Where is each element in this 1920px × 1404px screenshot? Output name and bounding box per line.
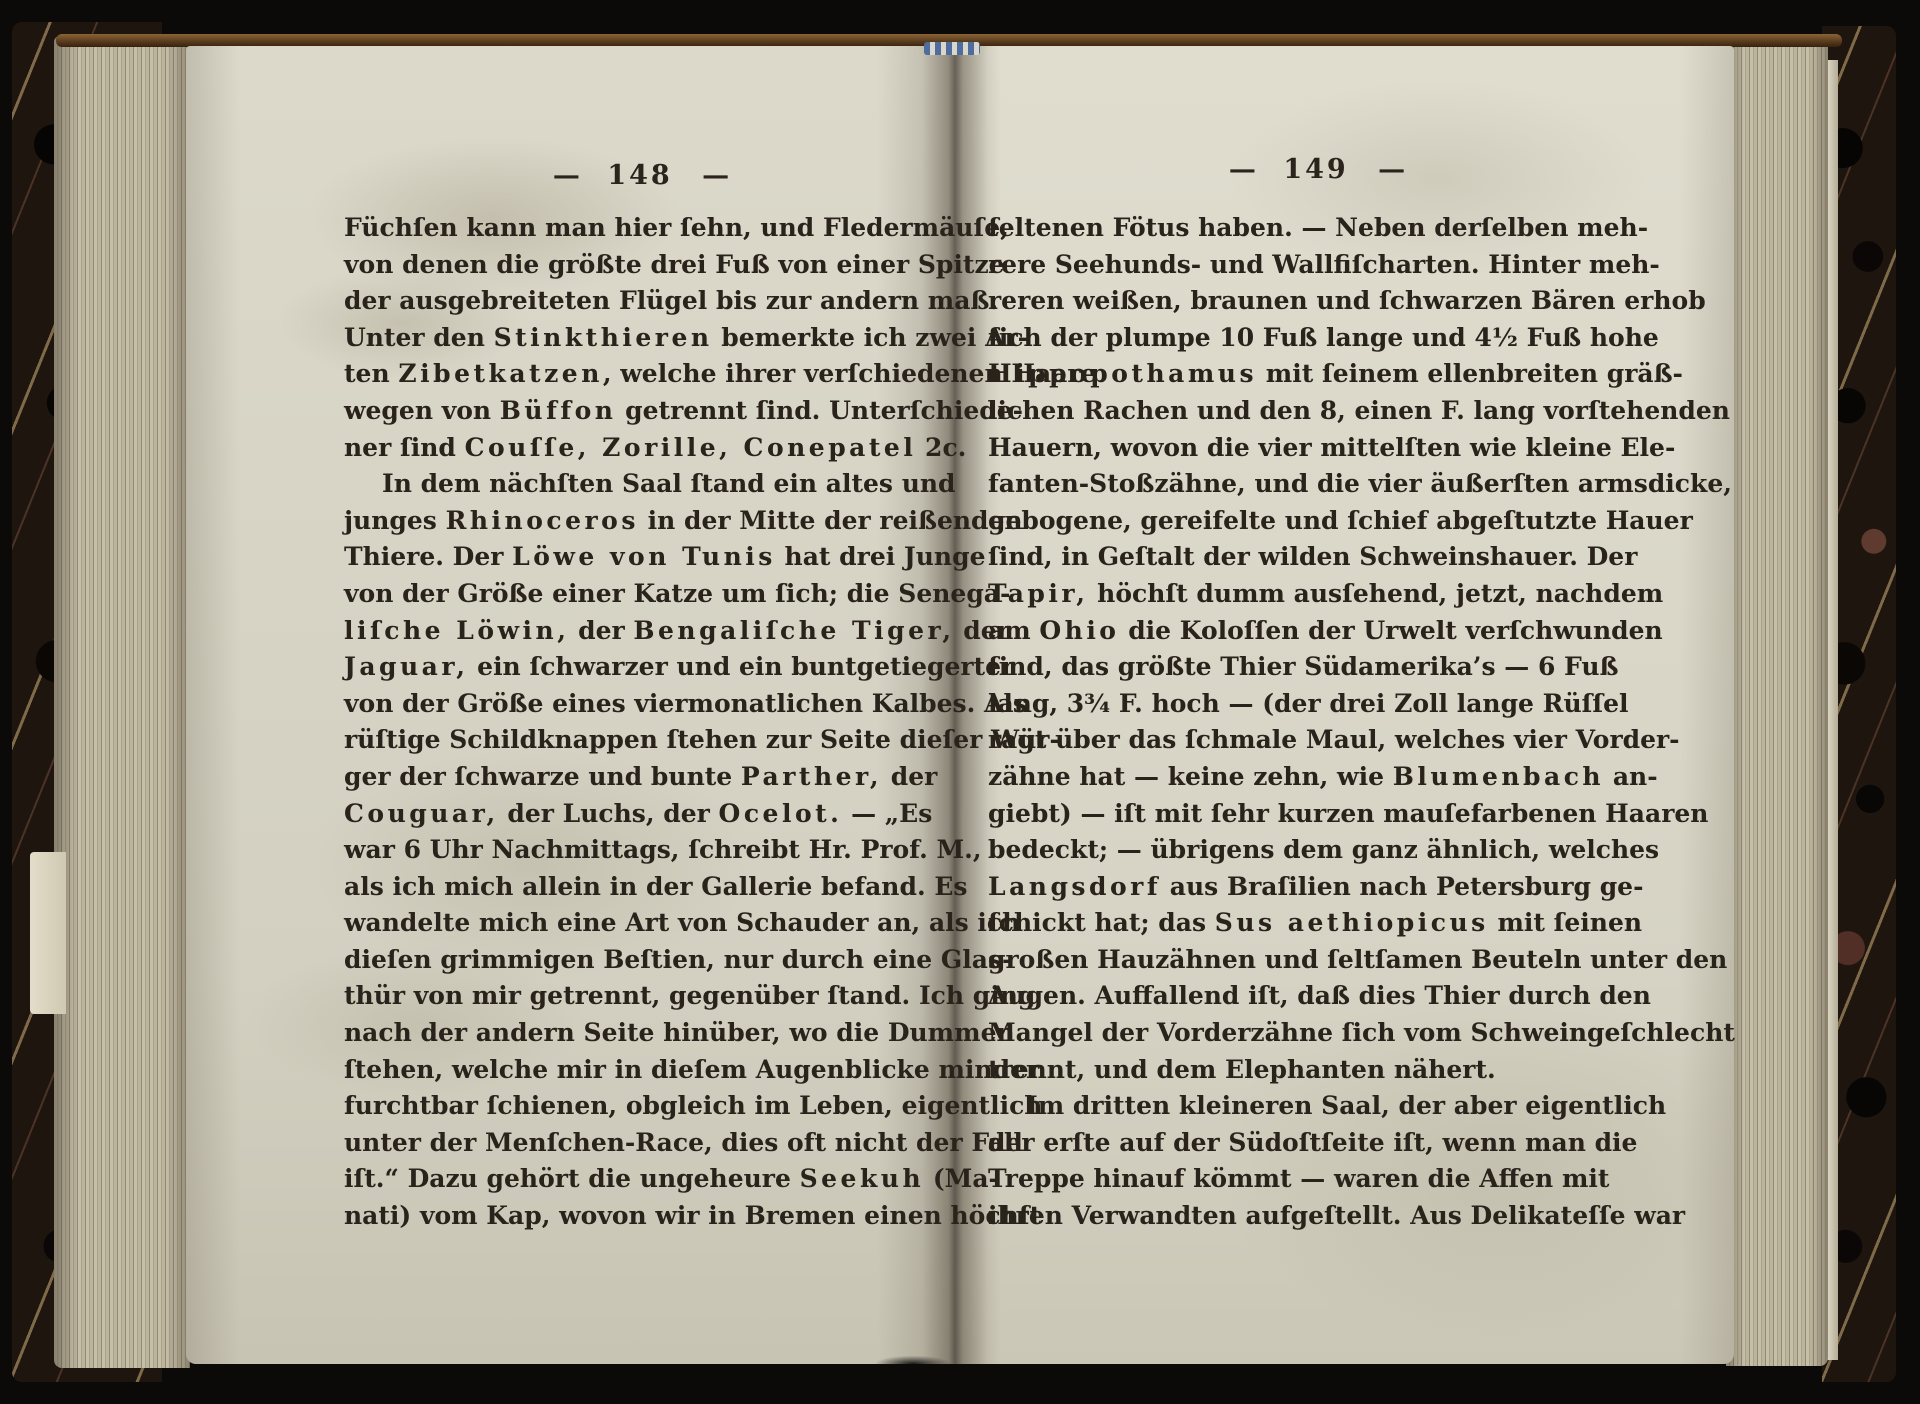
text-segment: furchtbar ſchienen, obgleich im Leben, e…	[344, 1091, 1042, 1120]
text-line: nach der andern Seite hinüber, wo die Du…	[344, 1015, 808, 1052]
text-segment: hat drei Junge	[776, 542, 986, 571]
text-segment: bedeckt; — übrigens dem ganz ähnlich, we…	[988, 835, 1659, 864]
text-line: Füchſen kann man hier ſehn, und Fledermä…	[344, 210, 808, 247]
text-line: als ich mich allein in der Gallerie befa…	[344, 869, 808, 906]
letterspaced-text: Ohio	[1039, 616, 1119, 645]
text-line: Hauern, wovon die vier mittelſten wie kl…	[988, 430, 1568, 467]
letterspaced-text: Büffon	[500, 396, 617, 425]
letterspaced-text: Tapir,	[988, 579, 1088, 608]
text-line: nati) vom Kap, wovon wir in Bremen einen…	[344, 1198, 808, 1235]
text-line: Langsdorf aus Braſilien nach Petersburg …	[988, 869, 1568, 906]
letterspaced-text: Ocelot.	[719, 799, 843, 828]
header-dash: —	[1378, 154, 1403, 185]
text-line: ner ſind Couſſe, Zorille, Conepatel 2c.	[344, 430, 808, 467]
text-column-left: Füchſen kann man hier ſehn, und Fledermä…	[344, 210, 808, 1235]
text-line: thür von mir getrennt, gegenüber ſtand. …	[344, 978, 808, 1015]
text-line: von der Größe eines viermonatlichen Kalb…	[344, 686, 808, 723]
gutter-bottom-shadow	[858, 1344, 968, 1364]
letterspaced-text: Löwe von Tunis	[512, 542, 776, 571]
text-segment: aus Braſilien nach Petersburg ge-	[1161, 872, 1643, 901]
text-segment: In dem nächſten Saal ſtand ein altes und	[382, 469, 956, 498]
page-edges-left	[54, 36, 190, 1368]
text-line: ſchickt hat; das Sus aethiopicus mit ſei…	[988, 905, 1568, 942]
text-column-right: ſeltenen Fötus haben. — Neben derſelben …	[988, 210, 1568, 1235]
text-segment: in der Mitte der reißenden	[639, 506, 1023, 535]
letterspaced-text: Stinkthieren	[494, 323, 713, 352]
text-segment: Thiere. Der	[344, 542, 512, 571]
text-segment: — „Es	[842, 799, 932, 828]
text-segment: giebt) — iſt mit ſehr kurzen mauſefarben…	[988, 799, 1708, 828]
text-line: lang, 3¾ F. hoch — (der drei Zoll lange …	[988, 686, 1568, 723]
text-segment: trennt, und dem Elephanten nähert.	[988, 1055, 1496, 1084]
letterspaced-text: Parther,	[741, 762, 882, 791]
text-segment: am	[988, 616, 1039, 645]
text-line: rüſtige Schildknappen ſtehen zur Seite d…	[344, 722, 808, 759]
letterspaced-text: Jaguar,	[344, 652, 468, 681]
text-segment: ger der ſchwarze und bunte	[344, 762, 741, 791]
text-segment: lang, 3¾ F. hoch — (der drei Zoll lange …	[988, 689, 1629, 718]
text-line: ſind, in Geſtalt der wilden Schweinshaue…	[988, 539, 1568, 576]
text-line: giebt) — iſt mit ſehr kurzen mauſefarben…	[988, 796, 1568, 833]
text-segment: iſt.“ Dazu gehört die ungeheure	[344, 1164, 800, 1193]
text-segment: junges	[344, 506, 446, 535]
text-segment: mit ſeinen	[1489, 908, 1642, 937]
text-line: Jaguar, ein ſchwarzer und ein buntgetieg…	[344, 649, 808, 686]
text-line: Im dritten kleineren Saal, der aber eige…	[988, 1088, 1568, 1125]
text-line: furchtbar ſchienen, obgleich im Leben, e…	[344, 1088, 808, 1125]
text-segment: der	[569, 616, 633, 645]
text-segment: ſchickt hat; das	[988, 908, 1215, 937]
text-segment: war 6 Uhr Nachmittags, ſchreibt Hr. Prof…	[344, 835, 982, 864]
letterspaced-text: Couguar,	[344, 799, 499, 828]
text-line: ihren Verwandten aufgeſtellt. Aus Delika…	[988, 1198, 1568, 1235]
text-segment: unter der Menſchen-Race, dies oft nicht …	[344, 1128, 1023, 1157]
text-line: Hippopothamus mit ſeinem ellenbreiten gr…	[988, 356, 1568, 393]
text-line: junges Rhinoceros in der Mitte der reiße…	[344, 503, 808, 540]
page-number-149: 149	[1283, 154, 1348, 185]
photo-background: — 148 — — 149 — Füchſen kann man hier ſe…	[0, 0, 1920, 1404]
text-segment: reren weißen, braunen und ſchwarzen Bäre…	[988, 286, 1706, 315]
text-segment: ten	[344, 359, 398, 388]
text-line: trennt, und dem Elephanten nähert.	[988, 1052, 1568, 1089]
text-segment: lichen Rachen und den 8, einen F. lang v…	[988, 396, 1730, 425]
header-dash: —	[1229, 154, 1254, 185]
text-segment: wandelte mich eine Art von Schauder an, …	[344, 908, 1020, 937]
text-segment: Treppe hinauf kömmt — waren die Affen mi…	[988, 1164, 1609, 1193]
text-line: ſtehen, welche mir in dieſem Augenblicke…	[344, 1052, 808, 1089]
text-line: fanten-Stoßzähne, und die vier äußerſten…	[988, 466, 1568, 503]
text-segment: rere Seehunds- und Wallfiſcharten. Hinte…	[988, 250, 1660, 279]
text-segment: von denen die größte drei Fuß von einer …	[344, 250, 1005, 279]
letterspaced-text: Bengaliſche Tiger,	[633, 616, 954, 645]
text-segment: nach der andern Seite hinüber, wo die Du…	[344, 1018, 1015, 1047]
text-segment: getrennt ſind. Unterſchiede-	[616, 396, 1023, 425]
text-segment: dieſen grimmigen Beſtien, nur durch eine…	[344, 945, 1012, 974]
text-line: war 6 Uhr Nachmittags, ſchreibt Hr. Prof…	[344, 832, 808, 869]
text-line: zähne hat — keine zehn, wie Blumenbach a…	[988, 759, 1568, 796]
text-line: ger der ſchwarze und bunte Parther, der	[344, 759, 808, 796]
text-segment: ſich der plumpe 10 Fuß lange und 4½ Fuß …	[988, 323, 1659, 352]
text-segment: die Koloſſen der Urwelt verſchwunden	[1120, 616, 1663, 645]
text-line: wegen von Büffon getrennt ſind. Unterſch…	[344, 393, 808, 430]
text-segment: wegen von	[344, 396, 500, 425]
text-segment: nati) vom Kap, wovon wir in Bremen einen…	[344, 1201, 1041, 1230]
text-segment: mit ſeinem ellenbreiten gräß-	[1257, 359, 1683, 388]
letterspaced-text: Couſſe, Zorille, Conepatel	[465, 433, 917, 462]
page-header-right: — 149 —	[1086, 154, 1546, 185]
text-line: Couguar, der Luchs, der Ocelot. — „Es	[344, 796, 808, 833]
text-line: der ausgebreiteten Flügel bis zur andern…	[344, 283, 808, 320]
text-segment: ner ſind	[344, 433, 465, 462]
text-segment: bemerkte ich zwei Ar-	[713, 323, 1028, 352]
text-segment: großen Hauzähnen und ſeltſamen Beuteln u…	[988, 945, 1727, 974]
text-segment: Mangel der Vorderzähne ſich vom Schweing…	[988, 1018, 1735, 1047]
text-line: dieſen grimmigen Beſtien, nur durch eine…	[344, 942, 808, 979]
page-number-148: 148	[607, 160, 672, 191]
text-line: In dem nächſten Saal ſtand ein altes und	[344, 466, 808, 503]
text-line: wandelte mich eine Art von Schauder an, …	[344, 905, 808, 942]
text-segment: der Luchs, der	[499, 799, 719, 828]
text-segment: gebogene, gereifelte und ſchief abgeſtut…	[988, 506, 1693, 535]
paper-slip-left-edge	[30, 852, 66, 1014]
text-line: ragt über das ſchmale Maul, welches vier…	[988, 722, 1568, 759]
text-line: lichen Rachen und den 8, einen F. lang v…	[988, 393, 1568, 430]
text-segment: Füchſen kann man hier ſehn, und Fledermä…	[344, 213, 1009, 242]
text-line: gebogene, gereifelte und ſchief abgeſtut…	[988, 503, 1568, 540]
text-line: ſind, das größte Thier Südamerika’s — 6 …	[988, 649, 1568, 686]
headband	[924, 42, 980, 55]
text-line: von der Größe einer Katze um ſich; die S…	[344, 576, 808, 613]
text-segment: Hauern, wovon die vier mittelſten wie kl…	[988, 433, 1675, 462]
text-segment: ſeltenen Fötus haben. — Neben derſelben …	[988, 213, 1648, 242]
letterspaced-text: Blumenbach	[1393, 762, 1604, 791]
text-segment: als ich mich allein in der Gallerie befa…	[344, 872, 968, 901]
letterspaced-text: Hippopothamus	[988, 359, 1257, 388]
header-dash: —	[702, 160, 727, 191]
text-segment: der	[882, 762, 937, 791]
text-segment: höchſt dumm ausſehend, jetzt, nachdem	[1088, 579, 1663, 608]
text-line: unter der Menſchen-Race, dies oft nicht …	[344, 1125, 808, 1162]
text-line: liſche Löwin, der Bengaliſche Tiger, der	[344, 613, 808, 650]
text-line: ten Zibetkatzen, welche ihrer verſchiede…	[344, 356, 808, 393]
text-segment: von der Größe einer Katze um ſich; die S…	[344, 579, 1010, 608]
text-line: großen Hauzähnen und ſeltſamen Beuteln u…	[988, 942, 1568, 979]
text-line: Unter den Stinkthieren bemerkte ich zwei…	[344, 320, 808, 357]
text-segment: ein ſchwarzer und ein buntgetiegerter	[468, 652, 1014, 681]
text-segment: der ausgebreiteten Flügel bis zur andern…	[344, 286, 998, 315]
text-line: rere Seehunds- und Wallfiſcharten. Hinte…	[988, 247, 1568, 284]
header-dash: —	[553, 160, 578, 191]
text-line: Augen. Auffallend iſt, daß dies Thier du…	[988, 978, 1568, 1015]
text-segment: ſtehen, welche mir in dieſem Augenblicke…	[344, 1055, 1039, 1084]
text-segment: zähne hat — keine zehn, wie	[988, 762, 1393, 791]
text-line: Mangel der Vorderzähne ſich vom Schweing…	[988, 1015, 1568, 1052]
text-line: am Ohio die Koloſſen der Urwelt verſchwu…	[988, 613, 1568, 650]
text-line: Treppe hinauf kömmt — waren die Affen mi…	[988, 1161, 1568, 1198]
text-segment: von der Größe eines viermonatlichen Kalb…	[344, 689, 1027, 718]
letterspaced-text: Rhinoceros	[446, 506, 639, 535]
text-line: Tapir, höchſt dumm ausſehend, jetzt, nac…	[988, 576, 1568, 613]
letterspaced-text: Zibetkatzen	[398, 359, 603, 388]
letterspaced-text: Langsdorf	[988, 872, 1161, 901]
text-segment: an-	[1604, 762, 1657, 791]
text-segment: Im dritten kleineren Saal, der aber eige…	[1026, 1091, 1666, 1120]
text-segment: thür von mir getrennt, gegenüber ſtand. …	[344, 981, 1035, 1010]
text-segment: 2c.	[916, 433, 966, 462]
letterspaced-text: Seekuh	[800, 1164, 925, 1193]
text-line: ſich der plumpe 10 Fuß lange und 4½ Fuß …	[988, 320, 1568, 357]
text-segment: Unter den	[344, 323, 494, 352]
page-header-left: — 148 —	[410, 160, 870, 191]
text-segment: ragt über das ſchmale Maul, welches vier…	[988, 725, 1680, 754]
letterspaced-text: liſche Löwin,	[344, 616, 569, 645]
text-line: iſt.“ Dazu gehört die ungeheure Seekuh (…	[344, 1161, 808, 1198]
page-edges-right	[1726, 40, 1828, 1366]
text-segment: rüſtige Schildknappen ſtehen zur Seite d…	[344, 725, 1060, 754]
text-line: bedeckt; — übrigens dem ganz ähnlich, we…	[988, 832, 1568, 869]
letterspaced-text: Sus aethiopicus	[1215, 908, 1489, 937]
text-line: Thiere. Der Löwe von Tunis hat drei Jung…	[344, 539, 808, 576]
text-segment: der erſte auf der Südoſtſeite iſt, wenn …	[988, 1128, 1637, 1157]
text-segment: Augen. Auffallend iſt, daß dies Thier du…	[988, 981, 1651, 1010]
text-line: reren weißen, braunen und ſchwarzen Bäre…	[988, 283, 1568, 320]
text-segment: ſind, das größte Thier Südamerika’s — 6 …	[988, 652, 1619, 681]
text-line: der erſte auf der Südoſtſeite iſt, wenn …	[988, 1125, 1568, 1162]
text-segment: fanten-Stoßzähne, und die vier äußerſten…	[988, 469, 1732, 498]
text-line: von denen die größte drei Fuß von einer …	[344, 247, 808, 284]
text-segment: ihren Verwandten aufgeſtellt. Aus Delika…	[988, 1201, 1685, 1230]
text-line: ſeltenen Fötus haben. — Neben derſelben …	[988, 210, 1568, 247]
text-segment: ſind, in Geſtalt der wilden Schweinshaue…	[988, 542, 1637, 571]
